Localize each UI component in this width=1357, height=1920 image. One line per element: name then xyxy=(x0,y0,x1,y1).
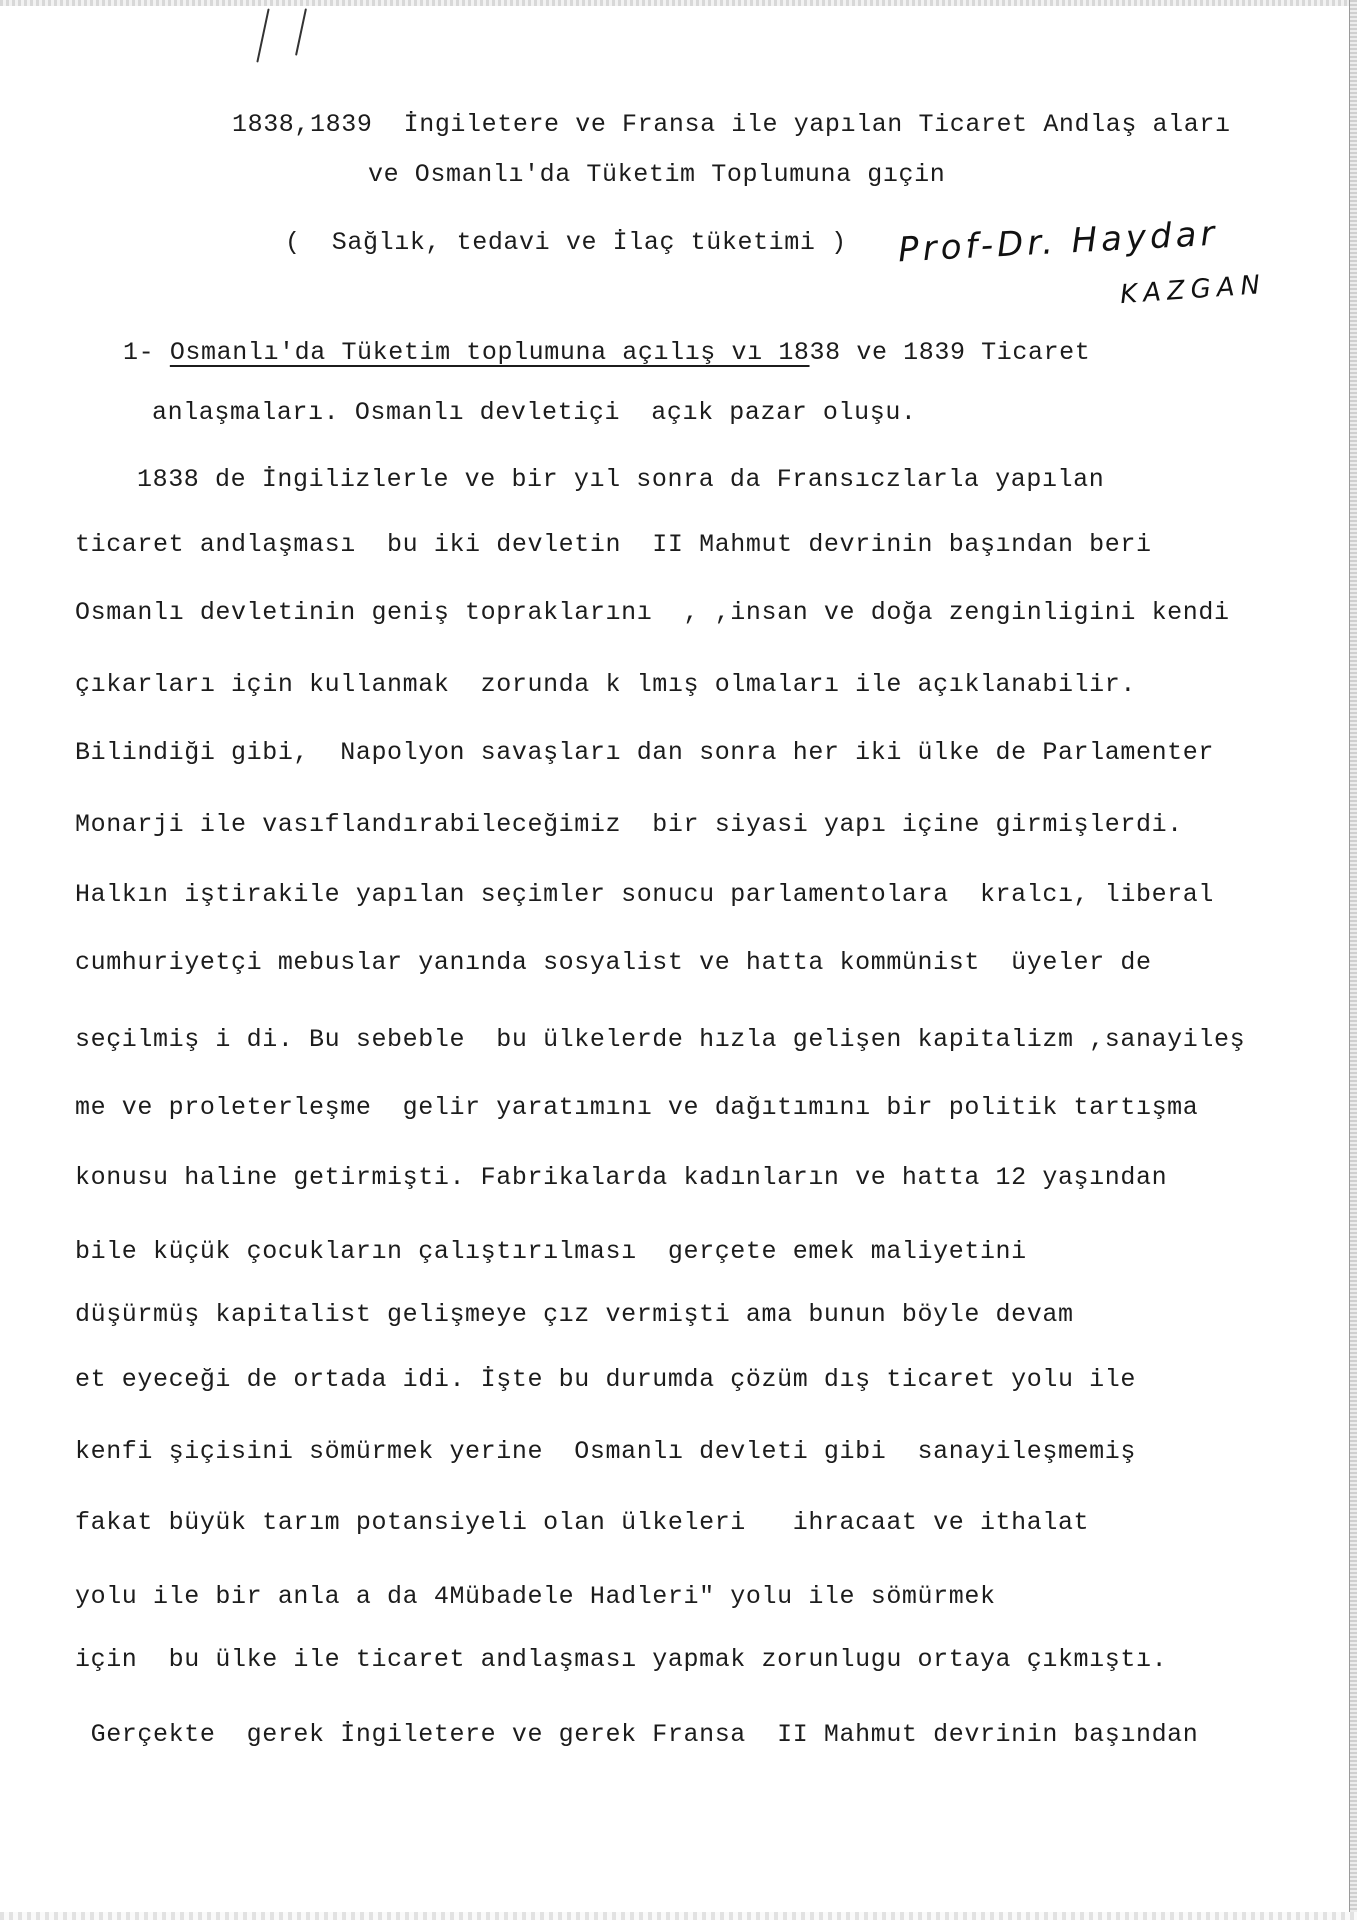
scan-edge-bottom xyxy=(0,1912,1357,1920)
scan-edge-top xyxy=(0,0,1357,6)
section-heading-underlined: Osmanlı'da Tüketim toplumuna açılış vı 1… xyxy=(170,338,810,367)
handwritten-author-name: Prof-Dr. Haydar xyxy=(897,214,1219,271)
body-line: çıkarları için kullanmak zorunda k lmış … xyxy=(75,670,1136,699)
section-heading-line-2: anlaşmaları. Osmanlı devletiçi açık paza… xyxy=(152,398,917,427)
document-subtitle: ( Sağlık, tedavi ve İlaç tüketimi ) xyxy=(285,228,847,257)
body-line: me ve proleterleşme gelir yaratımını ve … xyxy=(75,1093,1198,1122)
body-line: düşürmüş kapitalist gelişmeye çız vermiş… xyxy=(75,1300,1074,1329)
handwritten-author-surname: KAZGAN xyxy=(1119,270,1267,310)
document-title-line-2: ve Osmanlı'da Tüketim Toplumuna gıçin xyxy=(368,160,945,189)
body-line: Osmanlı devletinin geniş topraklarını , … xyxy=(75,598,1230,627)
body-line: fakat büyük tarım potansiyeli olan ülkel… xyxy=(75,1508,1089,1537)
body-line: bile küçük çocukların çalıştırılması ger… xyxy=(75,1237,1027,1266)
body-line: Monarji ile vasıflandırabileceğimiz bir … xyxy=(75,810,1183,839)
body-line: 1838 de İngilizlerle ve bir yıl sonra da… xyxy=(137,465,1104,494)
scan-edge-right xyxy=(1349,0,1357,1920)
body-line: Bilindiği gibi, Napolyon savaşları dan s… xyxy=(75,738,1214,767)
body-line: et eyeceği de ortada idi. İşte bu durumd… xyxy=(75,1365,1136,1394)
body-line: için bu ülke ile ticaret andlaşması yapm… xyxy=(75,1645,1167,1674)
pencil-mark xyxy=(256,8,269,62)
body-line: yolu ile bir anla a da 4Mübadele Hadleri… xyxy=(75,1582,996,1611)
section-number: 1- xyxy=(123,338,154,367)
section-heading-rest: 38 ve 1839 Ticaret xyxy=(810,338,1091,367)
body-line: Gerçekte gerek İngiletere ve gerek Frans… xyxy=(75,1720,1198,1749)
document-title-line-1: 1838,1839 İngiletere ve Fransa ile yapıl… xyxy=(232,110,1231,139)
body-line: Halkın iştirakile yapılan seçimler sonuc… xyxy=(75,880,1214,909)
body-line: cumhuriyetçi mebuslar yanında sosyalist … xyxy=(75,948,1152,977)
body-line: kenfi şiçisini sömürmek yerine Osmanlı d… xyxy=(75,1437,1136,1466)
pencil-mark xyxy=(295,8,307,55)
body-line: ticaret andlaşması bu iki devletin II Ma… xyxy=(75,530,1152,559)
body-line: seçilmiş i di. Bu sebeble bu ülkelerde h… xyxy=(75,1025,1245,1054)
body-line: konusu haline getirmişti. Fabrikalarda k… xyxy=(75,1163,1167,1192)
section-heading: 1- Osmanlı'da Tüketim toplumuna açılış v… xyxy=(123,338,1090,367)
